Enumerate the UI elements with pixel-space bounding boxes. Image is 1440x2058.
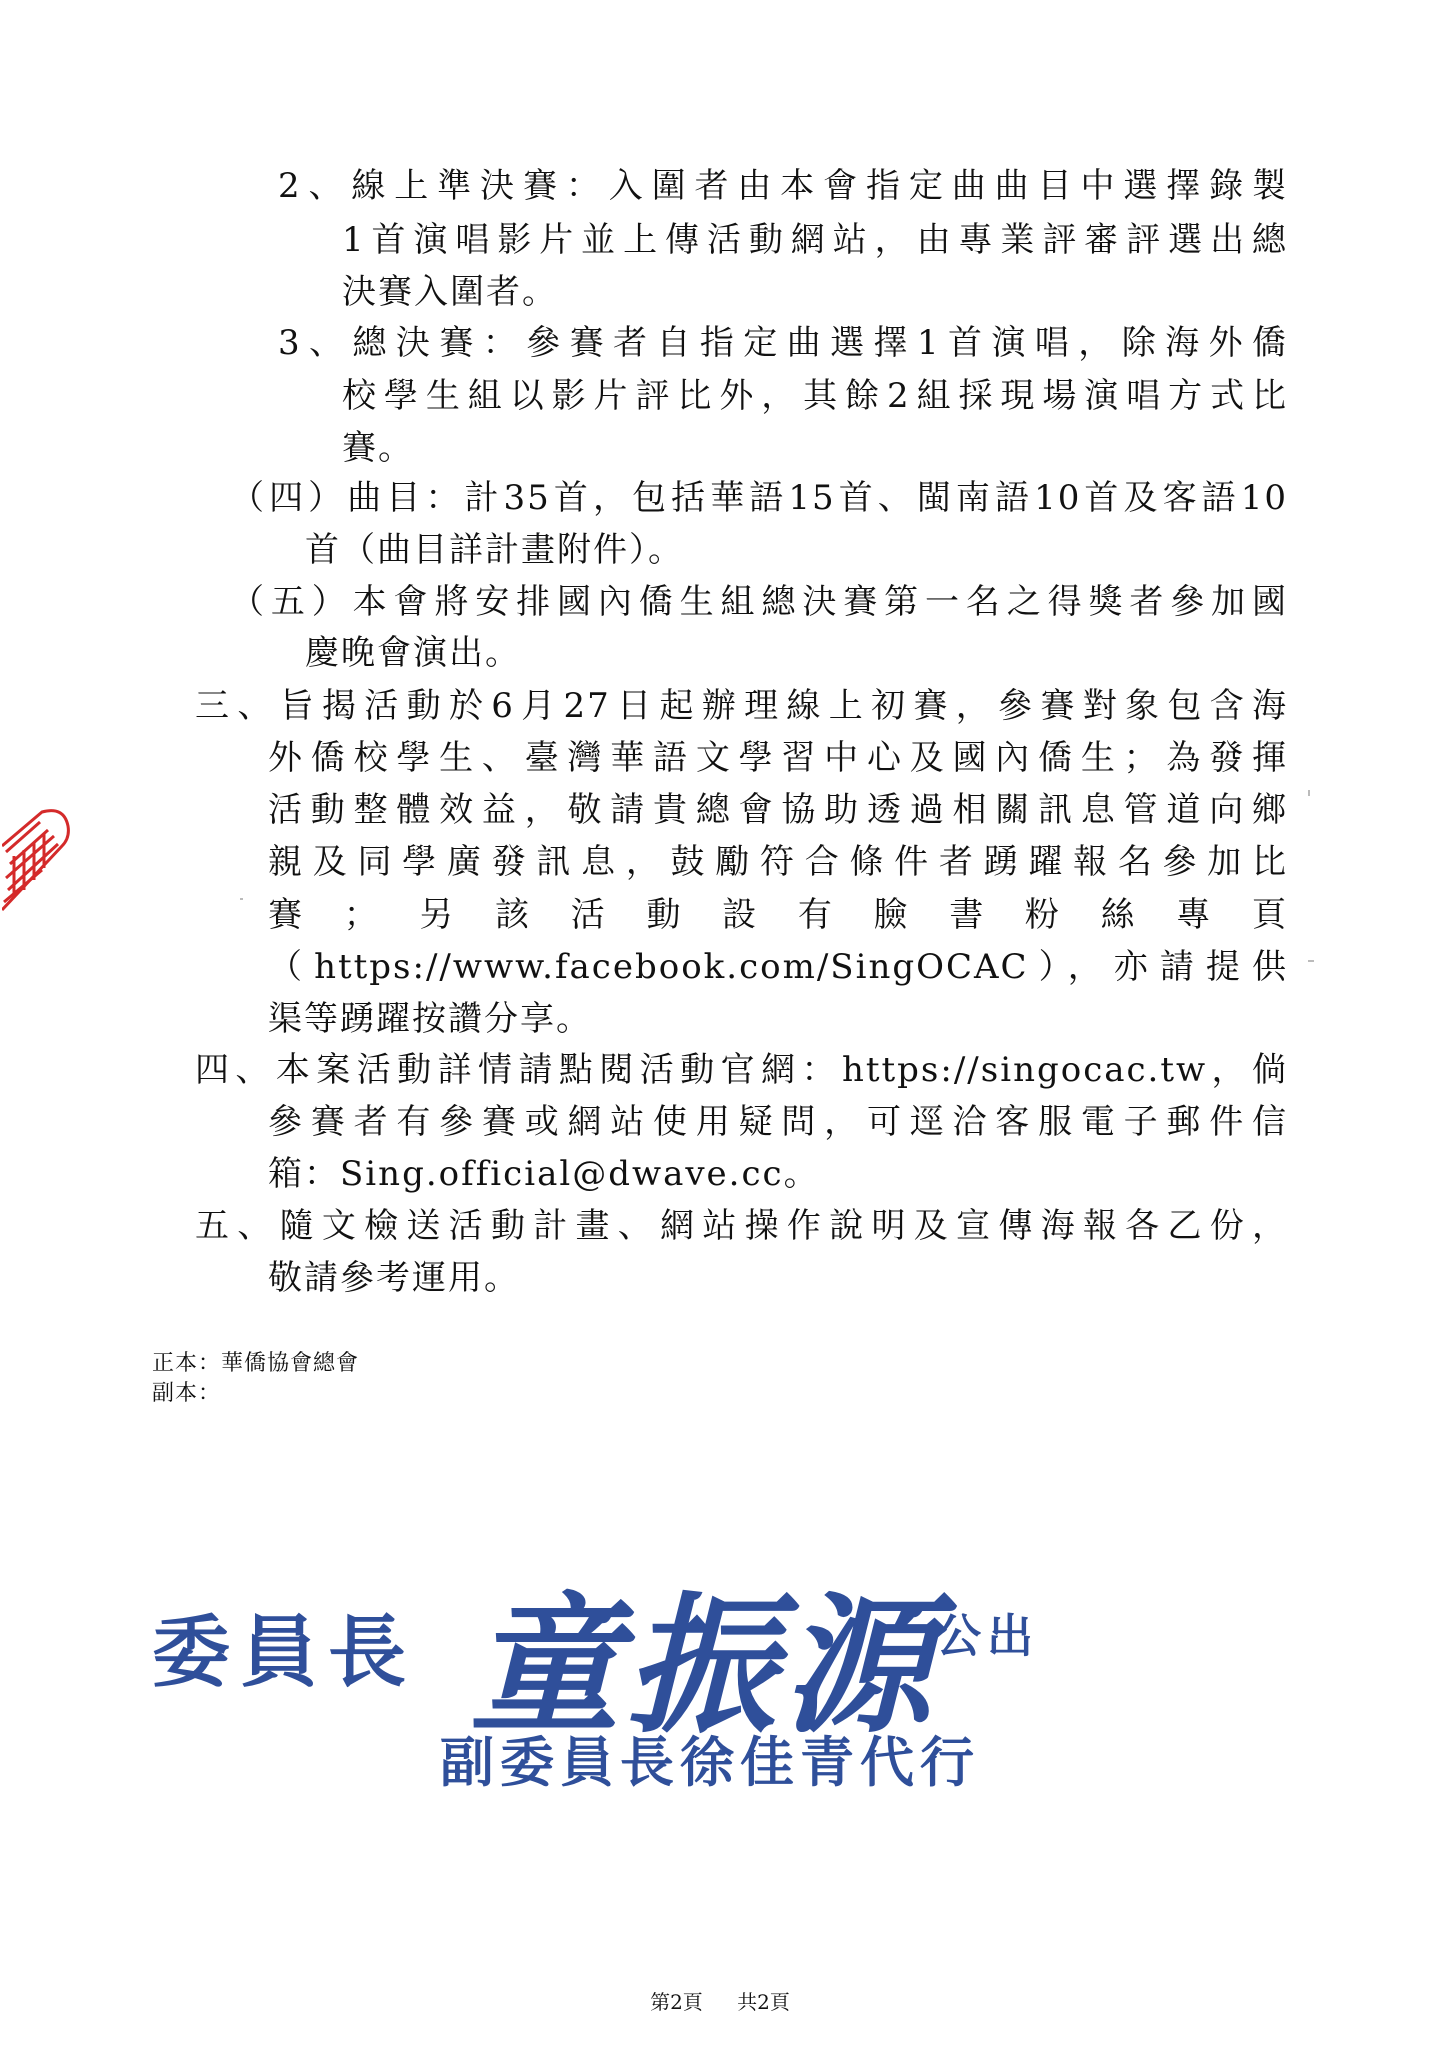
page-total: 共2頁 bbox=[737, 1990, 790, 2014]
distribution-copy: 副本： bbox=[152, 1380, 221, 1408]
body-line: 外僑校學生、臺灣華語文學習中心及國內僑生；為發揮 bbox=[268, 738, 1288, 778]
red-seal-icon bbox=[2, 806, 72, 918]
primary-value: 華僑協會總會 bbox=[221, 1351, 359, 1376]
body-line: （https://www.facebook.com/SingOCAC），亦請提供 bbox=[268, 947, 1288, 987]
body-line: 校學生組以影片評比外，其餘2組採現場演唱方式比 bbox=[342, 376, 1288, 416]
body-line: 活動整體效益，敬請貴總會協助透過相關訊息管道向鄉 bbox=[268, 790, 1288, 830]
body-line: 2、線上準決賽：入圍者由本會指定曲曲目中選擇錄製 bbox=[278, 166, 1288, 206]
signature-proxy: 副委員長徐佳青代行 bbox=[440, 1720, 980, 1797]
body-line: 四、本案活動詳情請點閱活動官網：https://singocac.tw，倘 bbox=[195, 1050, 1288, 1090]
body-line: 賽；另該活動設有臉書粉絲專頁 bbox=[268, 895, 1288, 935]
body-line: 慶晚會演出。 bbox=[305, 633, 521, 673]
primary-label: 正本： bbox=[152, 1351, 221, 1376]
page-current: 第2頁 bbox=[650, 1990, 703, 2014]
signature-suffix: 公出 bbox=[935, 1600, 1039, 1666]
body-line: 決賽入圍者。 bbox=[342, 272, 558, 312]
body-line: 渠等踴躍按讚分享。 bbox=[268, 999, 592, 1039]
body-line: （五）本會將安排國內僑生組總決賽第一名之得獎者參加國 bbox=[230, 582, 1288, 622]
copy-label: 副本： bbox=[152, 1381, 221, 1406]
body-line: 1首演唱影片並上傳活動網站，由專業評審評選出總 bbox=[342, 220, 1288, 260]
signature-title: 委員長 bbox=[152, 1590, 416, 1702]
body-line: （四）曲目：計35首，包括華語15首、閩南語10首及客語10 bbox=[230, 478, 1288, 518]
scan-speck bbox=[240, 898, 243, 900]
body-line: 親及同學廣發訊息，鼓勵符合條件者踴躍報名參加比 bbox=[268, 842, 1288, 882]
body-line: 五、隨文檢送活動計畫、網站操作說明及宣傳海報各乙份， bbox=[195, 1206, 1288, 1246]
scan-speck bbox=[1308, 960, 1314, 962]
body-line: 賽。 bbox=[342, 428, 414, 468]
body-line: 首（曲目詳計畫附件）。 bbox=[305, 530, 684, 570]
scan-speck bbox=[1308, 790, 1310, 796]
body-line: 三、旨揭活動於6月27日起辦理線上初賽，參賽對象包含海 bbox=[195, 686, 1288, 726]
body-line: 3、總決賽：參賽者自指定曲選擇1首演唱，除海外僑 bbox=[278, 323, 1288, 363]
distribution-primary: 正本：華僑協會總會 bbox=[152, 1350, 359, 1378]
body-line: 敬請參考運用。 bbox=[268, 1258, 520, 1298]
body-line: 箱：Sing.official@dwave.cc。 bbox=[268, 1154, 820, 1194]
page-footer: 第2頁 共2頁 bbox=[0, 1986, 1440, 2015]
body-line: 參賽者有參賽或網站使用疑問，可逕洽客服電子郵件信 bbox=[268, 1102, 1288, 1142]
